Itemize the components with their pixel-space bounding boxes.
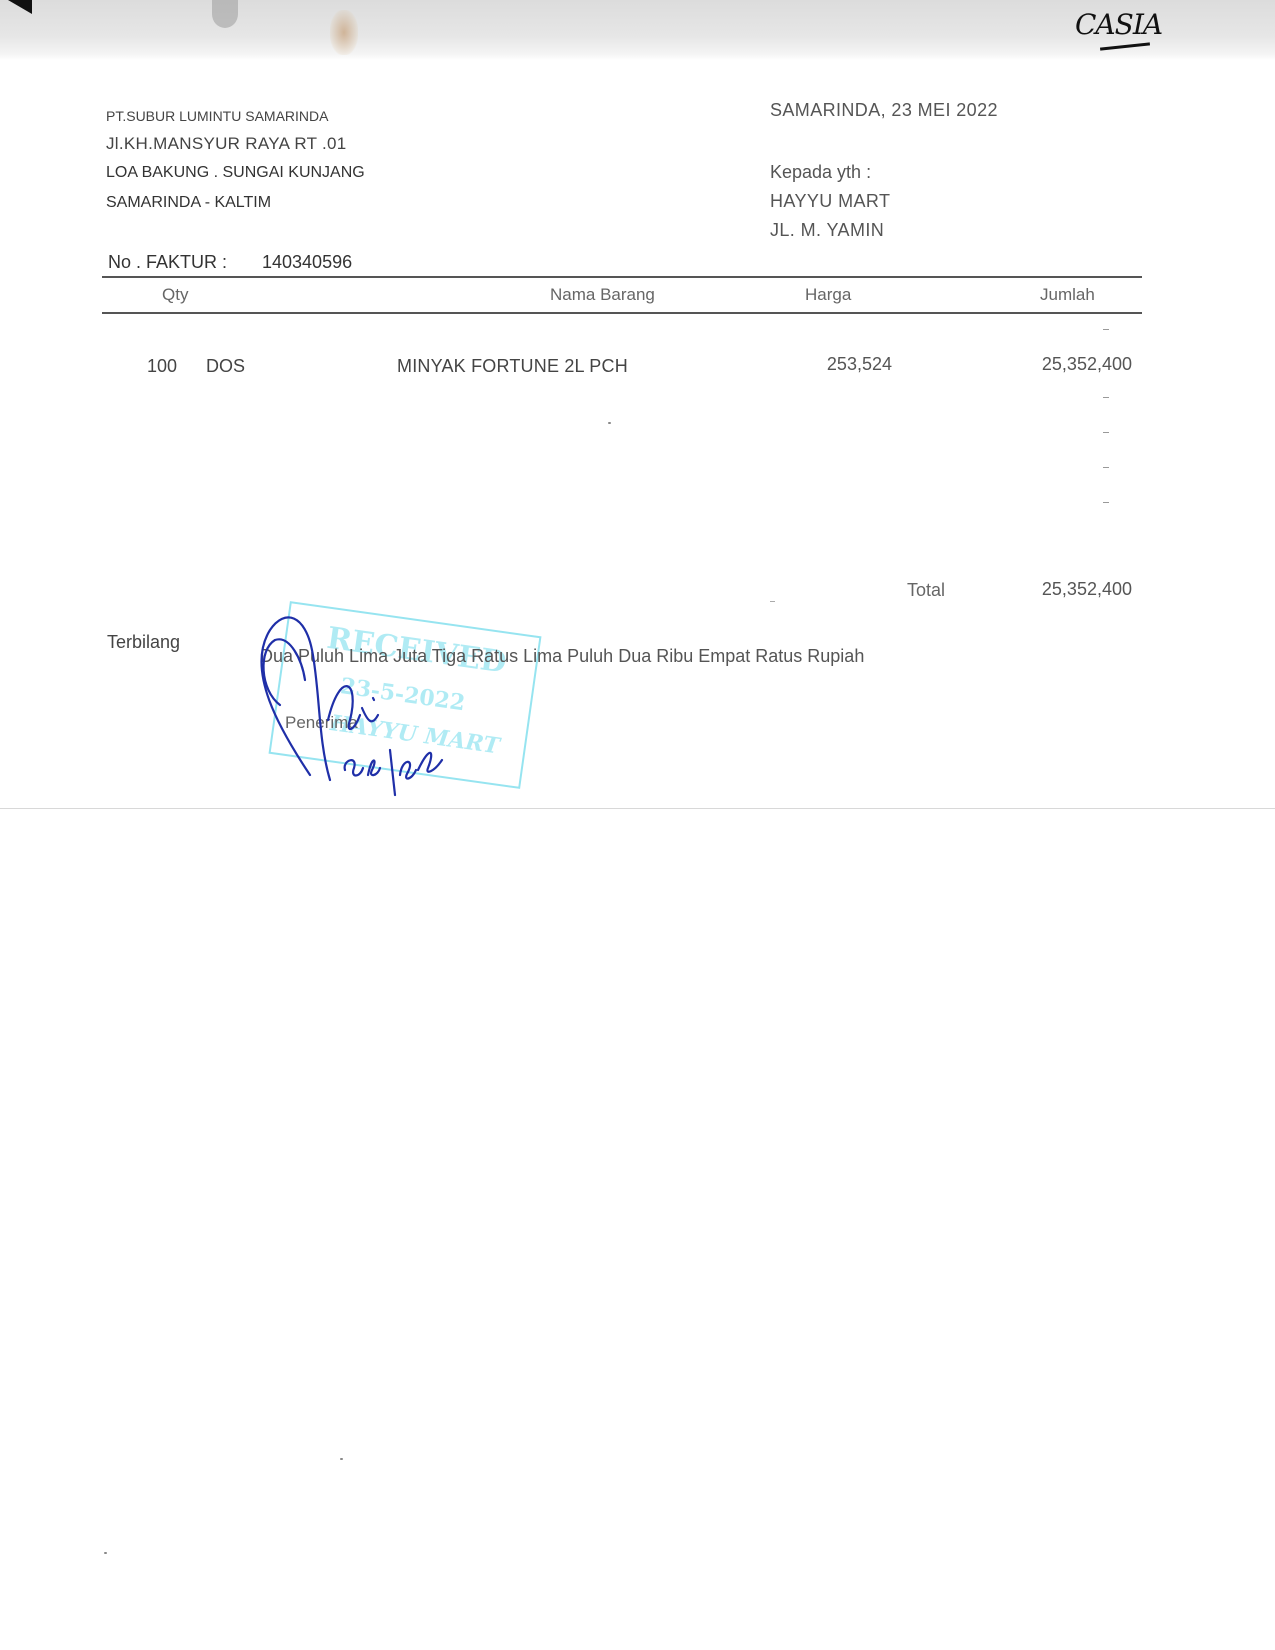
empty-row-marker xyxy=(1103,502,1109,503)
empty-row-marker xyxy=(1103,467,1109,468)
header-qty: Qty xyxy=(162,285,188,305)
handwritten-code: CASIA xyxy=(1075,8,1162,41)
seller-address-line2: LOA BAKUNG . SUNGAI KUNJANG xyxy=(106,164,365,182)
row-price: 253,524 xyxy=(827,354,892,375)
scan-smudge xyxy=(212,0,238,28)
recipient-address: JL. M. YAMIN xyxy=(770,220,884,241)
row-qty: 100 xyxy=(147,356,177,377)
faktur-label: No . FAKTUR : xyxy=(108,252,227,273)
paper-speck xyxy=(104,1552,107,1554)
row-item-name: MINYAK FORTUNE 2L PCH xyxy=(397,356,628,377)
table-top-rule xyxy=(102,276,1142,278)
total-value: 25,352,400 xyxy=(1042,579,1132,600)
header-jumlah: Jumlah xyxy=(1040,285,1095,305)
empty-row-marker xyxy=(1103,397,1109,398)
table-header-rule xyxy=(102,312,1142,314)
empty-row-marker xyxy=(1103,432,1109,433)
total-label: Total xyxy=(907,580,945,601)
terbilang-label: Terbilang xyxy=(107,632,180,653)
scan-corner-mark xyxy=(8,0,32,14)
signature-icon xyxy=(250,610,500,800)
paper-speck xyxy=(340,1458,343,1460)
header-nama-barang: Nama Barang xyxy=(550,285,655,305)
total-dash xyxy=(770,601,775,602)
paper-stain xyxy=(330,10,358,55)
scan-fold-line xyxy=(0,808,1275,809)
seller-company: PT.SUBUR LUMINTU SAMARINDA xyxy=(106,108,328,124)
faktur-number: 140340596 xyxy=(262,252,352,273)
recipient-label: Kepada yth : xyxy=(770,162,871,183)
row-amount: 25,352,400 xyxy=(1042,354,1132,375)
place-date: SAMARINDA, 23 MEI 2022 xyxy=(770,100,998,121)
seller-address-line1: Jl.KH.MANSYUR RAYA RT .01 xyxy=(106,134,347,154)
empty-row-marker xyxy=(1103,329,1109,330)
recipient-name: HAYYU MART xyxy=(770,191,890,212)
row-unit: DOS xyxy=(206,356,245,377)
paper-speck xyxy=(608,422,611,424)
seller-address-line3: SAMARINDA - KALTIM xyxy=(106,194,271,212)
header-harga: Harga xyxy=(805,285,851,305)
